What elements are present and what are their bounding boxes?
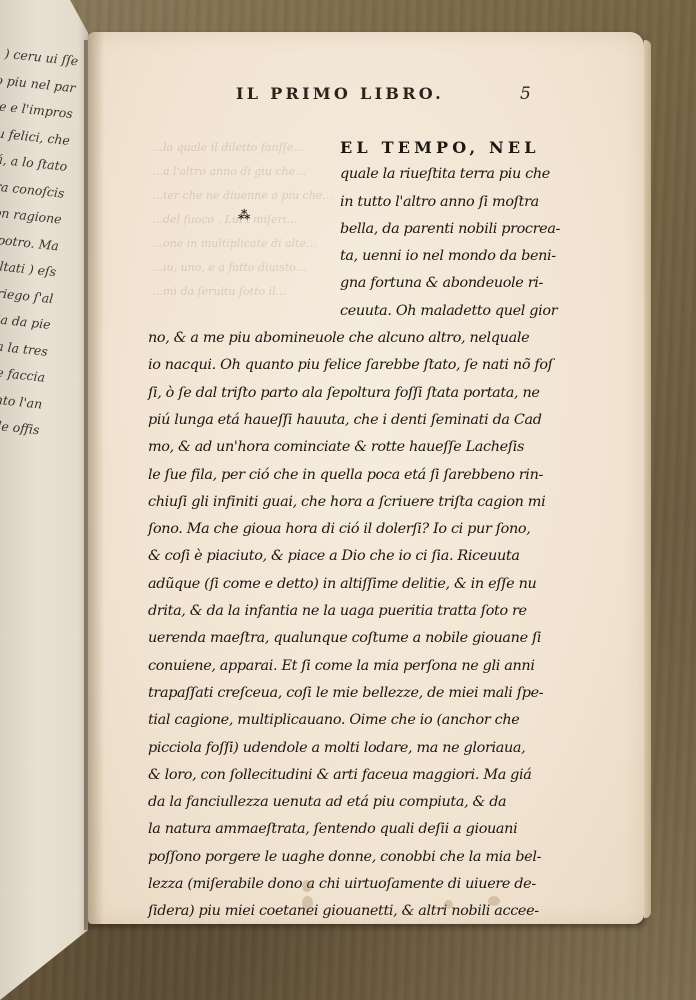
text-line: la natura ammaeſtrata, ſentendo quali de… — [148, 816, 608, 843]
text-line: tial cagione, multiplicauano. Oime che i… — [148, 707, 608, 734]
running-head: IL PRIMO LIBRO. — [236, 84, 444, 103]
text-line: ta, uenni io nel mondo da beni- — [148, 243, 608, 270]
text-line: no, & a me piu abomineuole che alcuno al… — [148, 325, 608, 352]
text-line: drita, & da la infantia ne la uaga pueri… — [148, 598, 608, 625]
text-line: mo, & ad un'hora cominciate & rotte haue… — [148, 434, 608, 461]
right-page-recto: …la quale il diletto fanſſe… …a l'altro … — [88, 32, 644, 924]
text-line: da la fanciullezza uenuta ad etá piu com… — [148, 789, 608, 816]
text-line: conuiene, apparai. Et ſi come la mia per… — [148, 653, 608, 680]
text-line: uerenda maeſtra, qualunque coſtume a nob… — [148, 625, 608, 652]
text-line: & loro, con ſollecitudini & arti faceua … — [148, 762, 608, 789]
text-line: trapaſſati creſceua, coſi le mie bellezz… — [148, 680, 608, 707]
foxing-stain — [302, 880, 312, 892]
text-line: poſſono porgere le uaghe donne, conobbi … — [148, 844, 608, 871]
foxing-stain — [444, 900, 453, 909]
text-line: io nacqui. Oh quanto piu felice ſarebbe … — [148, 352, 608, 379]
text-line: EL TEMPO, NEL — [148, 134, 608, 161]
text-line: ſono. Ma che gioua hora di ció il dolerſ… — [148, 516, 608, 543]
text-line: chiuſi gli infiniti guai, che hora a ſcr… — [148, 489, 608, 516]
text-line: adũque (ſi come e detto) in altiſſime de… — [148, 571, 608, 598]
left-page-text: ) ceru ui ſſe o piu nel par te e l'impro… — [0, 40, 80, 444]
text-line: ſidera) piu miei coetanei giouanetti, & … — [148, 898, 608, 925]
foxing-stain — [488, 896, 500, 906]
left-page-verso: ) ceru ui ſſe o piu nel par te e l'impro… — [0, 0, 92, 1000]
text-line: quale la riueſtita terra piu che — [148, 161, 608, 188]
text-line: & coſi è piaciuto, & piace a Dio che io … — [148, 543, 608, 570]
text-line: lezza (miſerabile dono a chi uirtuoſamen… — [148, 871, 608, 898]
text-line: picciola foſſi) udendole a molti lodare,… — [148, 735, 608, 762]
text-line: piú lunga etá haueſſi hauuta, che i dent… — [148, 407, 608, 434]
page-stack-edge — [644, 40, 651, 918]
text-line: bella, da parenti nobili procrea- — [148, 216, 608, 243]
text-line: in tutto l'altro anno ſi moſtra — [148, 189, 608, 216]
page-number: 5 — [520, 84, 531, 104]
text-line: gna fortuna & abondeuole ri- — [148, 270, 608, 297]
foxing-stain — [302, 896, 313, 910]
text-line: le ſue fila, per ció che in quella poca … — [148, 462, 608, 489]
body-text: EL TEMPO, NEL quale la riueſtita terra p… — [148, 134, 608, 926]
gutter-shadow — [88, 32, 104, 924]
text-line: ſi, ò ſe dal triſto parto ala ſepoltura … — [148, 380, 608, 407]
text-line: ceuuta. Oh maladetto quel gior — [148, 298, 608, 325]
